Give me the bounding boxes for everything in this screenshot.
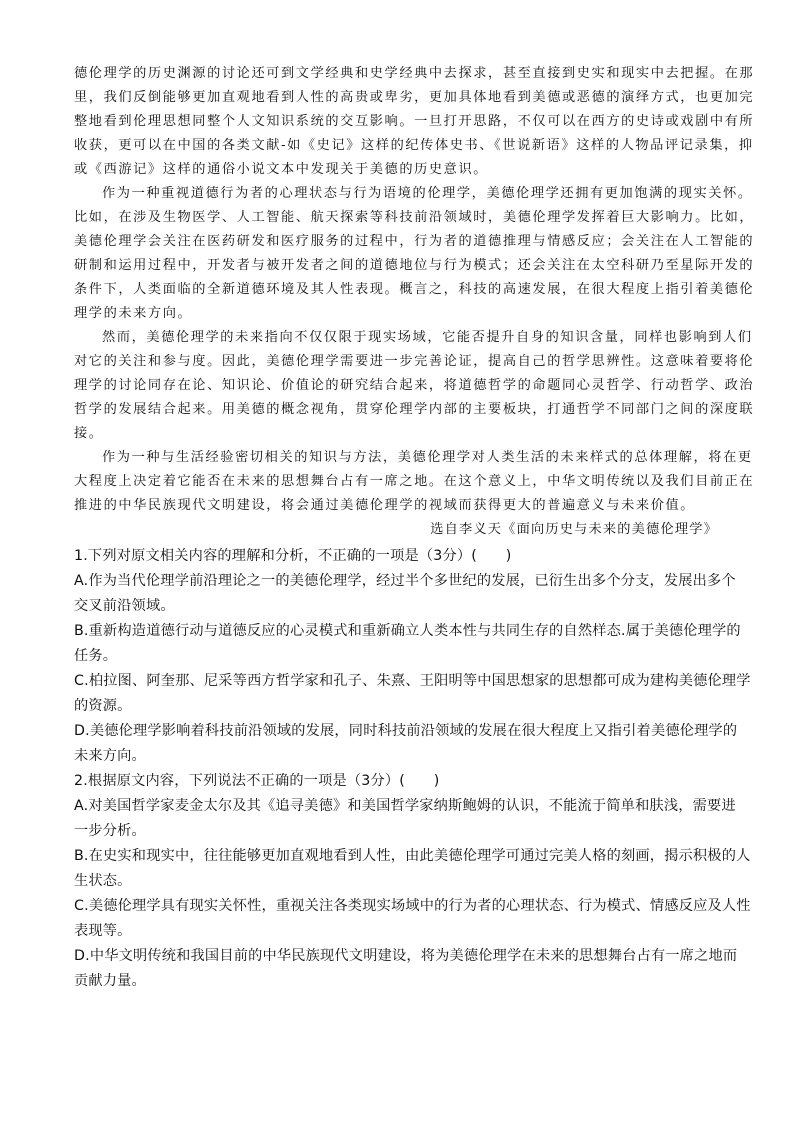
passage-line: 收获，更可以在中国的各类文献-如《史记》这样的纪传体史书、《世说新语》这样的人物…: [74, 134, 722, 158]
option-line: 的资源。: [74, 694, 722, 719]
passage-line: 研制和运用过程中，开发者与被开发者之间的道德地位与行为模式；还会关注在太空科研乃…: [74, 254, 722, 278]
passage-paragraph-2: 作为一种重视道德行为者的心理状态与行为语境的伦理学，美德伦理学还拥有更加饱满的现…: [74, 182, 722, 326]
passage-line: 比如，在涉及生物医学、人工智能、航天探索等科技前沿领域时，美德伦理学发挥着巨大影…: [74, 206, 722, 230]
option-line: A.对美国哲学家麦金太尔及其《追寻美德》和美国哲学家纳斯鲍姆的认识，不能流于简单…: [74, 794, 722, 819]
source-attribution: 选自李义天《面向历史与未来的美德伦理学》: [74, 518, 722, 542]
passage-paragraph-3: 然而，美德伦理学的未来指向不仅仅限于现实场域，它能否提升自身的知识含量，同样也影…: [74, 326, 722, 446]
passage-line: 或《西游记》这样的通俗小说文本中发现关于美德的历史意识。: [74, 158, 722, 182]
option-line: C.柏拉图、阿奎那、尼采等西方哲学家和孔子、朱熹、王阳明等中国思想家的思想都可成…: [74, 669, 722, 694]
question-1: 1.下列对原文相关内容的理解和分析，不正确的一项是（3分）( ) A.作为当代伦…: [74, 544, 722, 769]
option-line: D.中华文明传统和我国目前的中华民族现代文明建设，将为美德伦理学在未来的思想舞台…: [74, 944, 722, 969]
option-line: B.重新构造道德行动与道德反应的心灵模式和重新确立人类本性与共同生存的自然样态.…: [74, 619, 722, 644]
option-line: C.美德伦理学具有现实关怀性，重视关注各类现实场域中的行为者的心理状态、行为模式…: [74, 894, 722, 919]
option-line: 交叉前沿领域。: [74, 594, 722, 619]
option-line: 未来方向。: [74, 744, 722, 769]
option-line: A.作为当代伦理学前沿理论之一的美德伦理学，经过半个多世纪的发展，已衍生出多个分…: [74, 569, 722, 594]
question-section: 1.下列对原文相关内容的理解和分析，不正确的一项是（3分）( ) A.作为当代伦…: [74, 544, 722, 994]
option-line: 表现等。: [74, 919, 722, 944]
passage-line: 理学的讨论同存在论、知识论、价值论的研究结合起来，将道德哲学的命题同心灵哲学、行…: [74, 374, 722, 398]
question-stem: 2.根据原文内容，下列说法不正确的一项是（3分）( ): [74, 769, 722, 794]
option-line: D.美德伦理学影响着科技前沿领域的发展，同时科技前沿领域的发展在很大程度上又指引…: [74, 719, 722, 744]
passage-line: 理学的未来方向。: [74, 302, 722, 326]
option-line: 贡献力量。: [74, 969, 722, 994]
option-a[interactable]: A.对美国哲学家麦金太尔及其《追寻美德》和美国哲学家纳斯鲍姆的认识，不能流于简单…: [74, 794, 722, 844]
passage-line: 然而，美德伦理学的未来指向不仅仅限于现实场域，它能否提升自身的知识含量，同样也影…: [74, 326, 722, 350]
option-line: 生状态。: [74, 869, 722, 894]
passage-line: 作为一种与生活经验密切相关的知识与方法，美德伦理学对人类生活的未来样式的总体理解…: [74, 446, 722, 470]
option-line: 任务。: [74, 644, 722, 669]
document-page: 德伦理学的历史渊源的讨论还可到文学经典和史学经典中去探求，甚至直接到史实和现实中…: [74, 62, 722, 994]
passage-line: 接。: [74, 422, 722, 446]
passage-line: 里，我们反倒能够更加直观地看到人性的高贵或卑劣，更加具体地看到美德或恶德的演绎方…: [74, 86, 722, 110]
option-d[interactable]: D.美德伦理学影响着科技前沿领域的发展，同时科技前沿领域的发展在很大程度上又指引…: [74, 719, 722, 769]
passage-line: 整地看到伦理思想同整个人文知识系统的交互影响。一旦打开思路，不仅可以在西方的史诗…: [74, 110, 722, 134]
passage-line: 哲学的发展结合起来。用美德的概念视角，贯穿伦理学内部的主要板块，打通哲学不同部门…: [74, 398, 722, 422]
passage-line: 美德伦理学会关注在医药研发和医疗服务的过程中，行为者的道德推理与情感反应；会关注…: [74, 230, 722, 254]
option-b[interactable]: B.重新构造道德行动与道德反应的心灵模式和重新确立人类本性与共同生存的自然样态.…: [74, 619, 722, 669]
passage-line: 作为一种重视道德行为者的心理状态与行为语境的伦理学，美德伦理学还拥有更加饱满的现…: [74, 182, 722, 206]
option-c[interactable]: C.柏拉图、阿奎那、尼采等西方哲学家和孔子、朱熹、王阳明等中国思想家的思想都可成…: [74, 669, 722, 719]
option-line: B.在史实和现实中，往往能够更加直观地看到人性，由此美德伦理学可通过完美人格的刻…: [74, 844, 722, 869]
passage-line: 大程度上决定着它能否在未来的思想舞台占有一席之地。在这个意义上，中华文明传统以及…: [74, 470, 722, 494]
option-d[interactable]: D.中华文明传统和我国目前的中华民族现代文明建设，将为美德伦理学在未来的思想舞台…: [74, 944, 722, 994]
question-2: 2.根据原文内容，下列说法不正确的一项是（3分）( ) A.对美国哲学家麦金太尔…: [74, 769, 722, 994]
passage-line: 推进的中华民族现代文明建设，将会通过美德伦理学的视域而获得更大的普遍意义与未来价…: [74, 494, 722, 518]
passage-paragraph-4: 作为一种与生活经验密切相关的知识与方法，美德伦理学对人类生活的未来样式的总体理解…: [74, 446, 722, 518]
option-b[interactable]: B.在史实和现实中，往往能够更加直观地看到人性，由此美德伦理学可通过完美人格的刻…: [74, 844, 722, 894]
passage-line: 条件下，人类面临的全新道德环境及其人性表现。概言之，科技的高速发展，在很大程度上…: [74, 278, 722, 302]
question-stem: 1.下列对原文相关内容的理解和分析，不正确的一项是（3分）( ): [74, 544, 722, 569]
option-c[interactable]: C.美德伦理学具有现实关怀性，重视关注各类现实场域中的行为者的心理状态、行为模式…: [74, 894, 722, 944]
option-line: 一步分析。: [74, 819, 722, 844]
reading-passage: 德伦理学的历史渊源的讨论还可到文学经典和史学经典中去探求，甚至直接到史实和现实中…: [74, 62, 722, 518]
option-a[interactable]: A.作为当代伦理学前沿理论之一的美德伦理学，经过半个多世纪的发展，已衍生出多个分…: [74, 569, 722, 619]
passage-paragraph-1: 德伦理学的历史渊源的讨论还可到文学经典和史学经典中去探求，甚至直接到史实和现实中…: [74, 62, 722, 182]
passage-line: 对它的关注和参与度。因此，美德伦理学需要进一步完善论证，提高自己的哲学思辨性。这…: [74, 350, 722, 374]
passage-line: 德伦理学的历史渊源的讨论还可到文学经典和史学经典中去探求，甚至直接到史实和现实中…: [74, 62, 722, 86]
